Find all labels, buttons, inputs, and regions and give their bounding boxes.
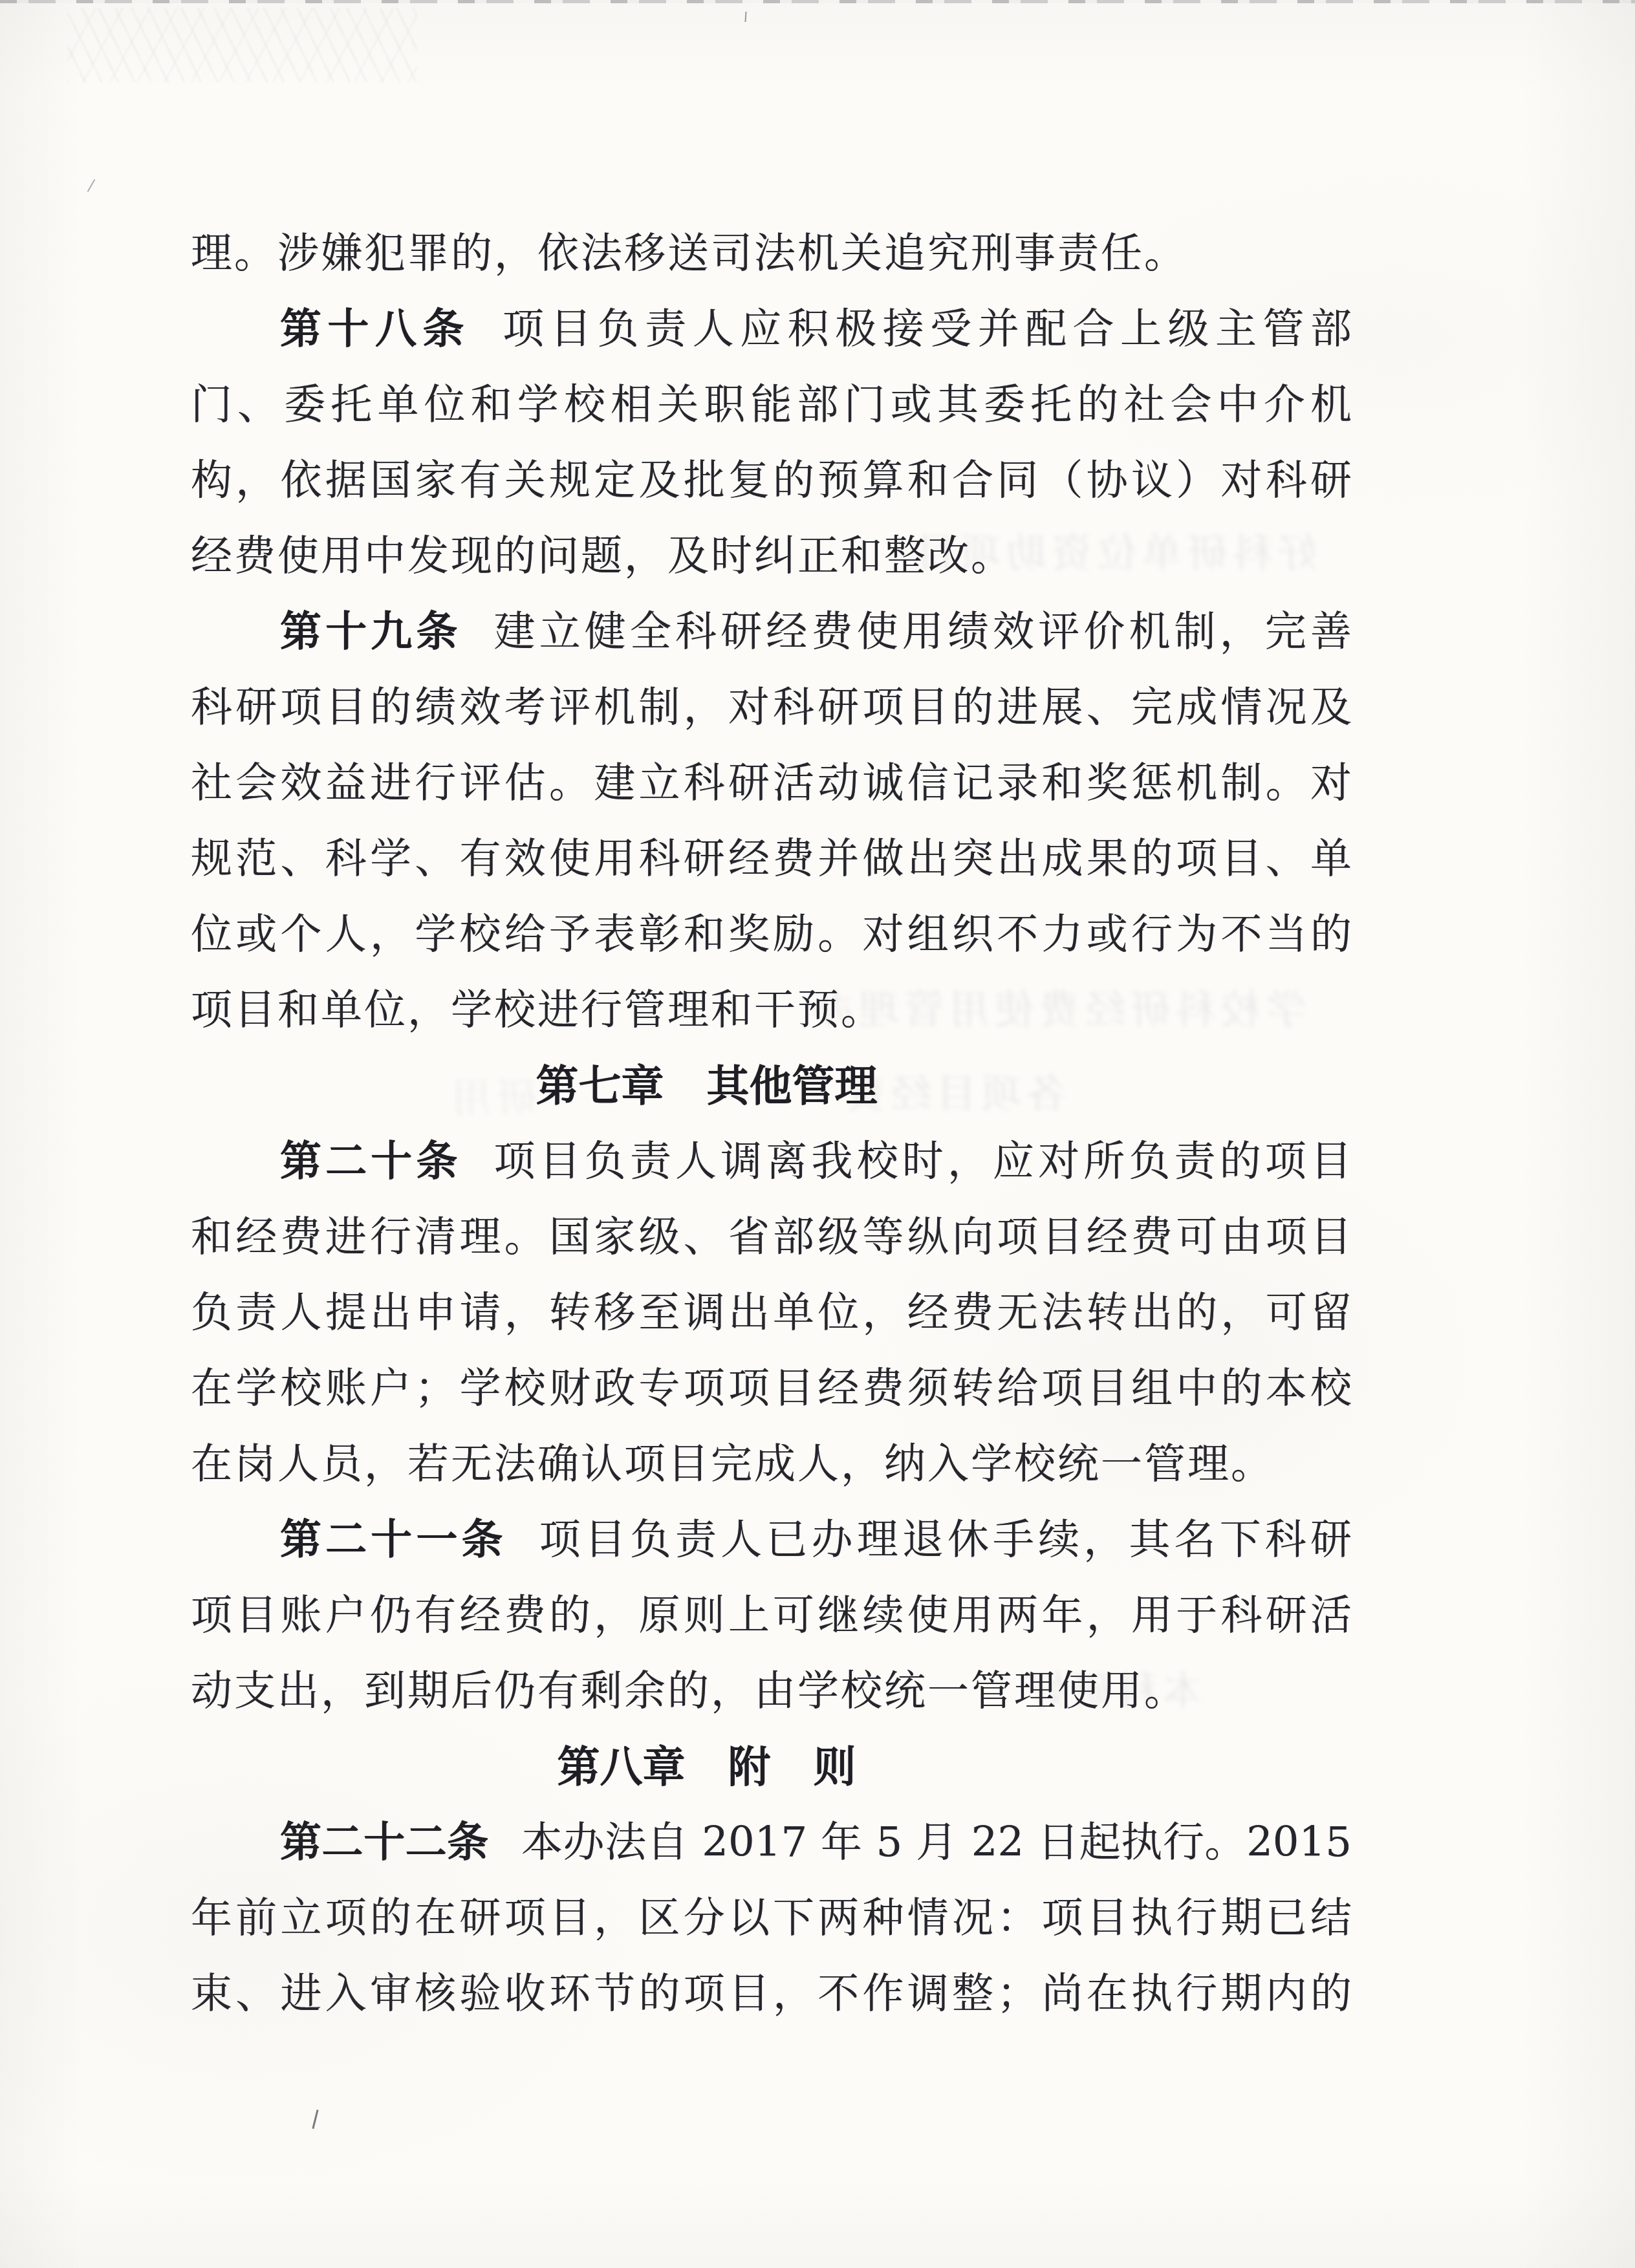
document-text-line: 项目和单位，学校进行管理和干预。 [191, 973, 1352, 1048]
document-text-line: 门、委托单位和学校相关职能部门或其委托的社会中介机 [191, 367, 1352, 443]
document-text-line: 构，依据国家有关规定及批复的预算和合同（协议）对科研 [191, 443, 1352, 519]
scan-speck-artifact [312, 2110, 318, 2129]
document-text-line: 项目账户仍有经费的，原则上可继续使用两年，用于科研活 [191, 1578, 1352, 1654]
document-text-line: 社会效益进行评估。建立科研活动诚信记录和奖惩机制。对 [191, 746, 1352, 821]
document-text-line: 规范、科学、有效使用科研经费并做出突出成果的项目、单 [191, 821, 1352, 897]
document-text-line: 年前立项的在研项目，区分以下两种情况：项目执行期已结 [191, 1881, 1352, 1956]
document-text-block: 理。涉嫌犯罪的，依法移送司法机关追究刑事责任。第十八条项目负责人应积极接受并配合… [191, 216, 1352, 2032]
scan-speck-artifact [744, 12, 746, 22]
document-text-line: 位或个人，学校给予表彰和奖励。对组织不力或行为不当的 [191, 897, 1352, 973]
document-text-line: 理。涉嫌犯罪的，依法移送司法机关追究刑事责任。 [191, 216, 1352, 292]
document-text-line: 第二十条项目负责人调离我校时，应对所负责的项目 [191, 1124, 1352, 1200]
article-number: 第二十二条 [280, 1819, 489, 1866]
document-text-line: 动支出，到期后仍有剩余的，由学校统一管理使用。 [191, 1654, 1352, 1729]
article-number: 第十八条 [280, 305, 470, 353]
document-text-line: 在岗人员，若无法确认项目完成人，纳入学校统一管理。 [191, 1427, 1352, 1502]
article-number: 第二十条 [280, 1138, 462, 1185]
document-text-line: 经费使用中发现的问题，及时纠正和整改。 [191, 519, 1352, 594]
scan-edge-artifact [0, 0, 1635, 3]
scan-speck-artifact [87, 179, 96, 192]
document-text-line: 负责人提出申请，转移至调出单位，经费无法转出的，可留 [191, 1275, 1352, 1351]
scan-smudge-artifact [68, 8, 417, 82]
document-text-line: 第十八条项目负责人应积极接受并配合上级主管部 [191, 292, 1352, 367]
chapter-heading: 第七章 其他管理 [126, 1048, 1287, 1124]
article-number: 第二十一条 [280, 1516, 507, 1564]
document-text-line: 第二十一条项目负责人已办理退休手续，其名下科研 [191, 1502, 1352, 1578]
document-text-line: 第二十二条本办法自 2017 年 5 月 22 日起执行。2015 [191, 1805, 1352, 1881]
document-text-line: 束、进入审核验收环节的项目，不作调整；尚在执行期内的 [191, 1956, 1352, 2032]
document-text-line: 和经费进行清理。国家级、省部级等纵向项目经费可由项目 [191, 1200, 1352, 1275]
chapter-heading: 第八章 附 则 [126, 1729, 1287, 1805]
document-text-line: 科研项目的绩效考评机制，对科研项目的进展、完成情况及 [191, 670, 1352, 746]
scanned-document-page: 理。涉嫌犯罪的，依法移送司法机关追究刑事责任。第十八条项目负责人应积极接受并配合… [0, 0, 1635, 2268]
document-text-line: 在学校账户；学校财政专项项目经费须转给项目组中的本校 [191, 1351, 1352, 1427]
document-text-line: 第十九条建立健全科研经费使用绩效评价机制，完善 [191, 594, 1352, 670]
article-number: 第十九条 [280, 608, 462, 656]
